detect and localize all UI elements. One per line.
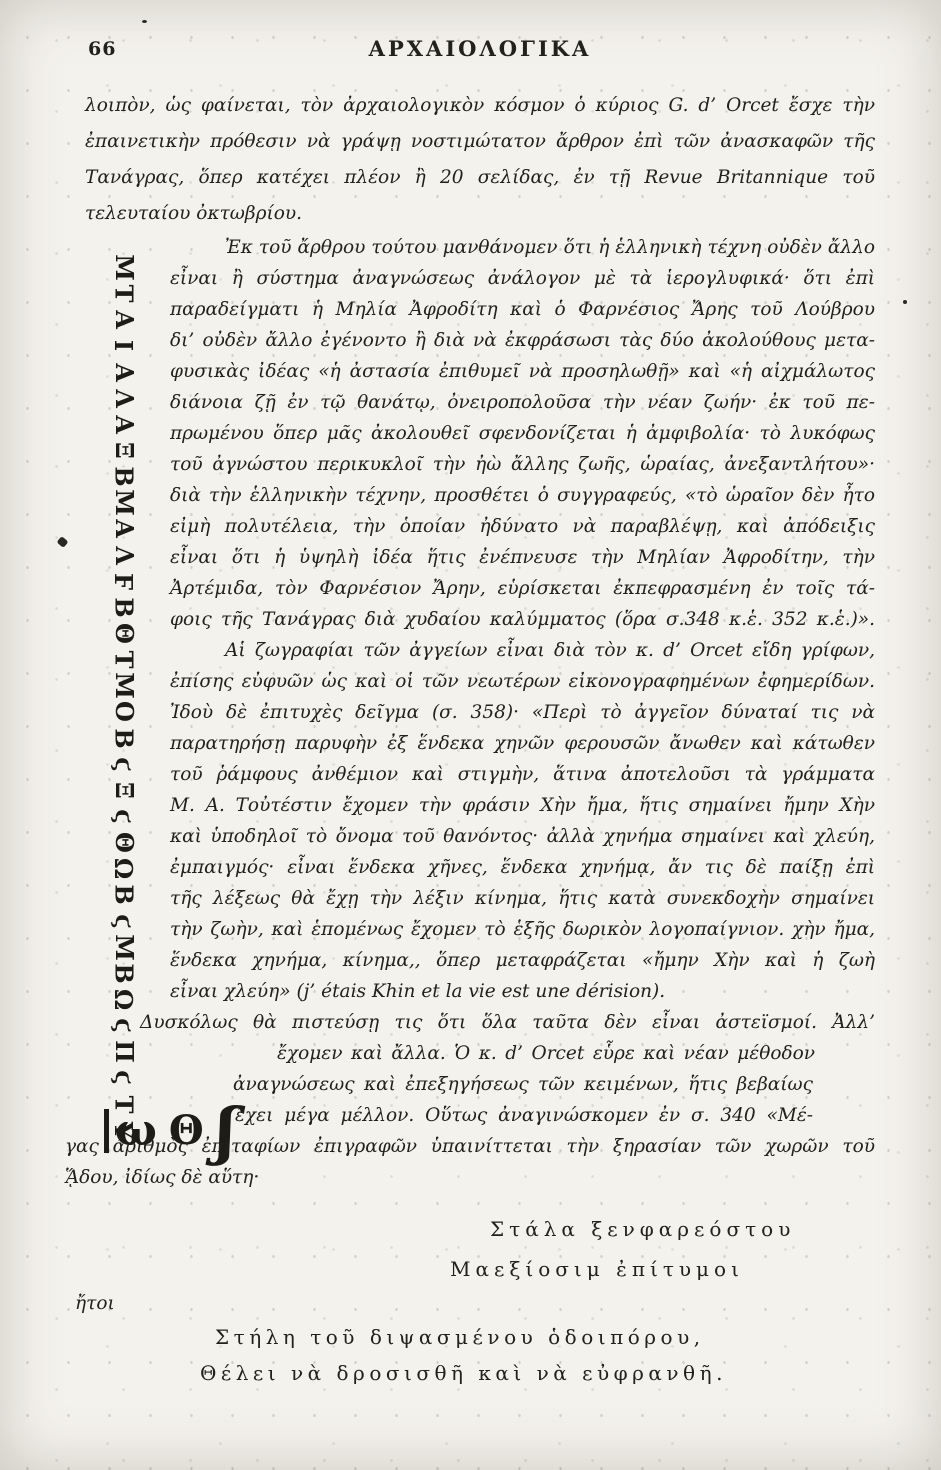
text-line: παρατηρήσῃ παρυφὴν ἐξ ἕνδεκα χηνῶν φερου… [170,728,875,759]
ink-spot [903,300,907,304]
text-line: διάνοια ζῇ ἐν τῷ θανάτῳ, ὀνειροπολοῦσα τ… [170,387,875,418]
text-line: Δυσκόλως θὰ πιστεύσῃ τις ὅτι ὅλα ταῦτα δ… [140,1007,875,1038]
text-line: ᾍδου, ἰδίως δὲ αὕτη· [65,1162,875,1193]
epigram-translation: Στήλη τοῦ διψασμένου ὁδοιπόρου, Θέλει νὰ… [85,1319,875,1391]
text-line: Μ. Α. Τοὐτέστιν ἔχομεν τὴν φράσιν Χὴν ἤμ… [170,790,875,821]
text-line: καὶ ὑποδηλοῖ τὸ ὄνομα τοῦ θανόντος· ἀλλὰ… [170,821,875,852]
text-line: δι’ οὐδὲν ἄλλο ἐγένοντο ἢ διὰ νὰ ἐκφράσω… [170,325,875,356]
verse-line: Στήλη τοῦ διψασμένου ὁδοιπόρου, [215,1319,875,1355]
epigram-transliteration: Στάλα ξενφαρεόστου Μαεξίοσιμ ἐπίτυμοι [85,1209,875,1289]
ink-spot [56,536,68,548]
text-line: λοιπὸν, ὡς φαίνεται, τὸν ἀρχαιολογικὸν κ… [85,88,875,124]
text-line: ἐπίσης εὐφυῶν ὡς καὶ οἱ τῶν νεωτέρων εἰκ… [170,666,875,697]
text-line: Τανάγρας, ὅπερ κατέχει πλέον ἢ 20 σελίδα… [85,160,875,196]
paragraph: λοιπὸν, ὡς φαίνεται, τὸν ἀρχαιολογικὸν κ… [85,88,875,232]
verse-line: Θέλει νὰ δροσισθῆ καὶ νὰ εὐφρανθῆ. [200,1355,875,1391]
text-line: τῆς λέξεως θὰ ἔχῃ τὴν λέξιν κίνημα, ἥτις… [170,883,875,914]
text-line: φυσικὰς ἰδέας «ἡ ἀστασία ἐπιθυμεῖ νὰ προ… [170,356,875,387]
text-line: εἰμὴ πολυτέλεια, τὴν ὁποίαν ἠδύνατο νὰ π… [170,511,875,542]
text-line: Αἱ ζωγραφίαι τῶν ἀγγείων εἶναι διὰ τὸν κ… [170,635,875,666]
text-line: πρωμένου ὅπερ μᾶς ἀκολουθεῖ σφενδονίζετα… [170,418,875,449]
text-line: τοῦ ῥάμφους ἀνθέμιον καὶ στιγμὴν, ἅτινα … [170,759,875,790]
page-header: 66 ΑΡΧΑΙΟΛΟΓΙΚΑ [85,36,875,66]
text-line: Ἰδοὺ δὲ ἐπιτυχὲς δεῖγμα (σ. 358)· «Περὶ … [170,697,875,728]
text-line: ἔχει μέγα μέλλον. Οὕτως ἀναγινώσκομεν ἐν… [235,1100,813,1131]
ink-spot [142,20,147,23]
text-line: εἶναι ὅτι ἡ ὑψηλὴ ἰδέα ἥτις ἐνέπνευσε τὴ… [170,542,875,573]
paragraph: Δυσκόλως θὰ πιστεύσῃ τις ὅτι ὅλα ταῦτα δ… [170,1007,875,1193]
text-line: παραδείγματι ἡ Μηλία Ἀφροδίτη καὶ ὁ Φαρν… [170,294,875,325]
text-line: γας ἀριθμὸς ἐπιταφίων ἐπιγραφῶν ὑπαινίττ… [65,1131,875,1162]
text-line: φοις τῆς Τανάγρας διὰ χυδαίου καλύμματος… [170,604,875,635]
paragraph: Αἱ ζωγραφίαι τῶν ἀγγείων εἶναι διὰ τὸν κ… [170,635,875,1007]
text-line: τοῦ ἀγνώστου περικυκλοῖ τὴν ἠὼ ἄλλης ζωῆ… [170,449,875,480]
text-line: Ἀρτέμιδα, τὸν Φαρνέσιον Ἄρην, εὑρίσκεται… [170,573,875,604]
text-line: εἶναι ἢ σύστημα ἀναγνώσεως ἀνάλογον μὲ τ… [170,263,875,294]
running-title: ΑΡΧΑΙΟΛΟΓΙΚΑ [85,36,875,61]
scanned-page: 66 ΑΡΧΑΙΟΛΟΓΙΚΑ ΜΤΑΙΑΛΑΞΒΜΑΛϜΒΘΤΜΟΒϛΞϛΘΩ… [0,0,941,1470]
text-line: τελευταίου ὀκτωβρίου. [85,196,875,232]
text-line: ἔχομεν καὶ ἄλλα. Ὁ κ. d’ Orcet εὗρε καὶ … [277,1038,815,1069]
text-line: εἶναι χλεύη» (j’ étais Khin et la vie es… [170,976,875,1007]
text-line: ἀναγνώσεως καὶ ἐπεξηγήσεως τῶν κειμένων,… [233,1069,813,1100]
page-number: 66 [88,38,116,60]
text-body: λοιπὸν, ὡς φαίνεται, τὸν ἀρχαιολογικὸν κ… [85,88,875,1391]
verse-line: Μαεξίοσιμ ἐπίτυμοι [450,1249,875,1289]
verse-connector: ἤτοι [75,1289,875,1319]
text-line: ἐμπαιγμός· εἶναι ἕνδεκα χῆνες, ἕνδεκα χη… [170,852,875,883]
text-line: διὰ τὴν ἑλληνικὴν τέχνην, προσθέτει ὁ συ… [170,480,875,511]
text-line: ἕνδεκα χηνήμα, κίνημα,, ὅπερ μεταφράζετα… [170,945,875,976]
text-line: ἐπαινετικὴν πρόθεσιν νὰ γράψῃ νοστιμώτατ… [85,124,875,160]
text-line: Ἐκ τοῦ ἄρθρου τούτου μανθάνομεν ὅτι ἡ ἑλ… [170,232,875,263]
verse-line: Στάλα ξενφαρεόστου [490,1209,875,1249]
paragraph: Ἐκ τοῦ ἄρθρου τούτου μανθάνομεν ὅτι ἡ ἑλ… [170,232,875,635]
text-line: τὴν ζωὴν, καὶ ἑπομένως ἔχομεν τὸ ἑξῆς δω… [170,914,875,945]
